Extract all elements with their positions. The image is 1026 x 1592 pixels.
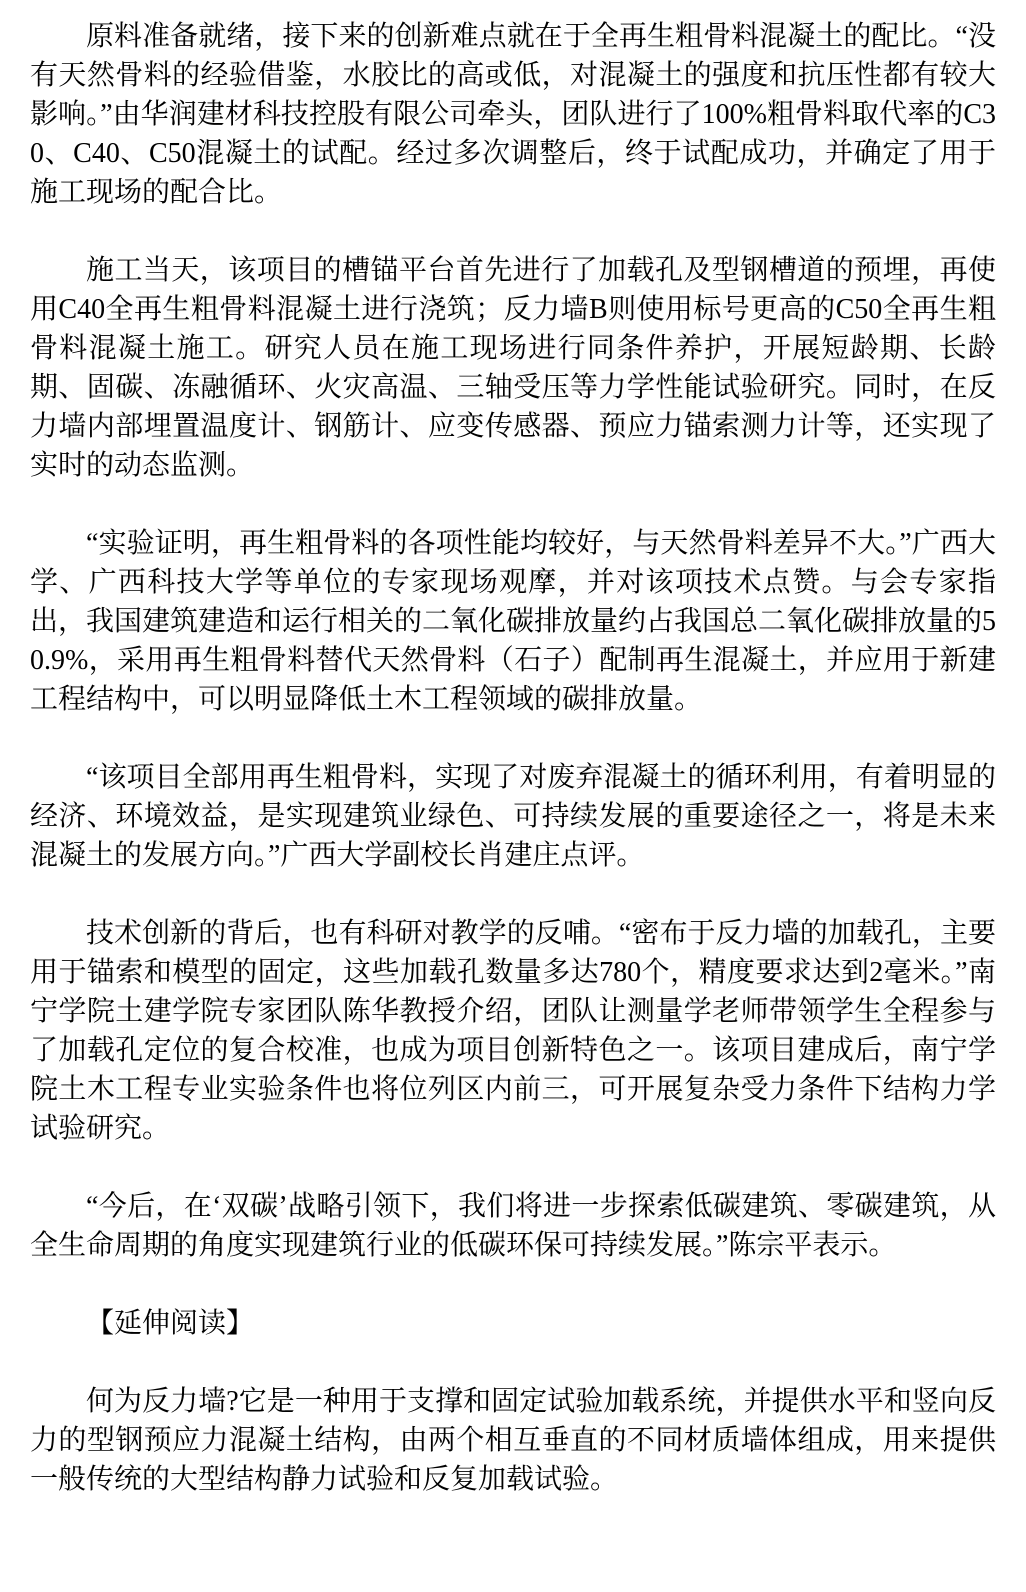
paragraph-teaching-feedback: 技术创新的背后，也有科研对教学的反哺。“密布于反力墙的加载孔，主要用于锚索和模型… [30, 914, 996, 1148]
paragraph-materials-mix: 原料准备就绪，接下来的创新难点就在于全再生粗骨料混凝土的配比。“没有天然骨料的经… [30, 17, 996, 212]
paragraph-reaction-wall-definition: 何为反力墙?它是一种用于支撑和固定试验加载系统，并提供水平和竖向反力的型钢预应力… [30, 1382, 996, 1499]
document-page: 原料准备就绪，接下来的创新难点就在于全再生粗骨料混凝土的配比。“没有天然骨料的经… [0, 0, 1026, 1592]
paragraph-vice-president-comment: “该项目全部用再生粗骨料，实现了对废弃混凝土的循环利用，有着明显的经济、环境效益… [30, 758, 996, 875]
paragraph-expert-review: “实验证明，再生粗骨料的各项性能均较好，与天然骨料差异不大。”广西大学、广西科技… [30, 524, 996, 719]
paragraph-dual-carbon-outlook: “今后，在‘双碳’战略引领下，我们将进一步探索低碳建筑、零碳建筑，从全生命周期的… [30, 1187, 996, 1265]
extended-reading-heading: 【延伸阅读】 [30, 1304, 996, 1343]
paragraph-construction-day: 施工当天，该项目的槽锚平台首先进行了加载孔及型钢槽道的预埋，再使用C40全再生粗… [30, 251, 996, 485]
